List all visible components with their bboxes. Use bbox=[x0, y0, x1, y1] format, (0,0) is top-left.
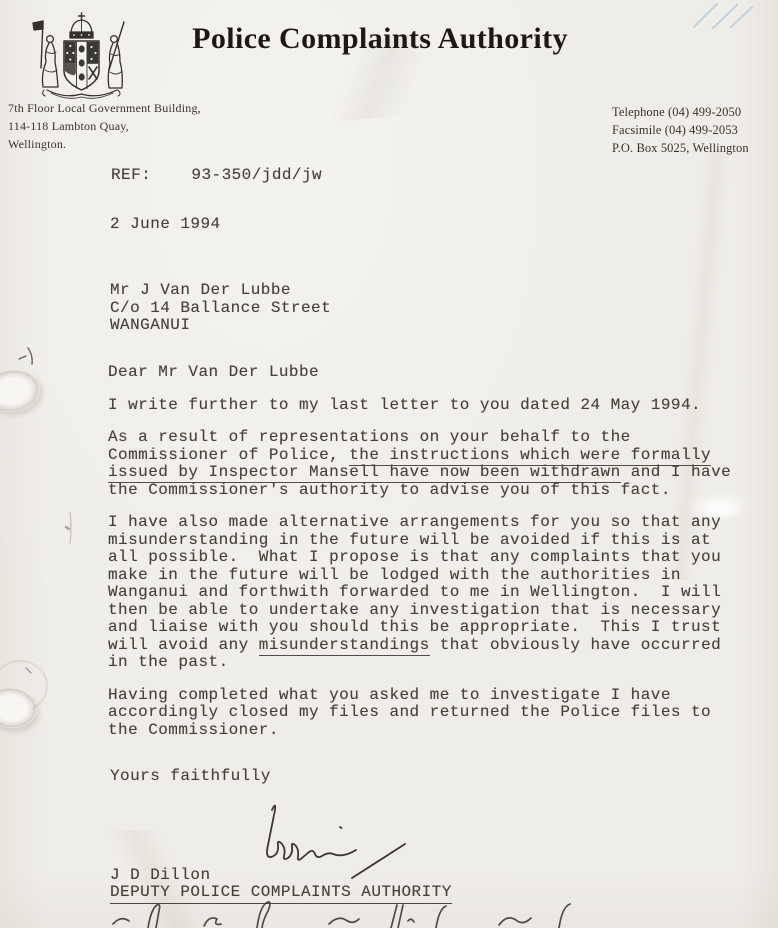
salutation: Dear Mr Van Der Lubbe bbox=[108, 364, 758, 382]
text-line: C/o 14 Ballance Street bbox=[110, 300, 331, 318]
paragraph: Having completed what you asked me to in… bbox=[108, 687, 758, 740]
underlined-text: misunderstandings bbox=[259, 636, 430, 656]
text-segment: Wanganui and forthwith forwarded to me i… bbox=[108, 583, 721, 601]
paragraph: As a result of representations on your b… bbox=[108, 429, 758, 499]
text-segment: and I have bbox=[621, 463, 732, 481]
punch-hole-top bbox=[0, 366, 43, 415]
contact-details: Telephone (04) 499-2050Facsimile (04) 49… bbox=[612, 103, 749, 157]
text-line: the Commissioner. bbox=[108, 722, 758, 740]
pencil-dash-mark bbox=[66, 512, 71, 543]
text-line: accordingly closed my files and returned… bbox=[108, 704, 758, 722]
blue-pencil-mark bbox=[694, 4, 752, 28]
signatory-title-text: DEPUTY POLICE COMPLAINTS AUTHORITY bbox=[110, 883, 452, 904]
closing-phrase: Yours faithfully bbox=[110, 768, 271, 786]
text-segment: all possible. What I propose is that any… bbox=[108, 548, 721, 566]
text-line: Facsimile (04) 499-2053 bbox=[612, 121, 749, 139]
nz-coat-of-arms-icon bbox=[25, 8, 140, 100]
text-segment: the Commissioner's authority to advise y… bbox=[108, 481, 671, 499]
text-line: the Commissioner's authority to advise y… bbox=[108, 482, 758, 500]
text-line: I have also made alternative arrangement… bbox=[108, 514, 758, 532]
text-segment: that obviously have occurred bbox=[430, 636, 722, 654]
text-segment: Commissioner of Police, bbox=[108, 446, 349, 464]
text-line: Mr J Van Der Lubbe bbox=[110, 282, 331, 300]
reference-number: REF: 93-350/jdd/jw bbox=[111, 167, 322, 185]
text-line: Wellington. bbox=[8, 135, 201, 153]
text-segment: accordingly closed my files and returned… bbox=[108, 703, 711, 721]
text-segment: and liaise with you should this be appro… bbox=[108, 618, 721, 636]
letter-body: I write further to my last letter to you… bbox=[108, 397, 758, 740]
text-segment: will avoid any bbox=[108, 636, 259, 654]
text-segment: make in the future will be lodged with t… bbox=[108, 566, 681, 584]
text-segment: I write further to my last letter to you… bbox=[108, 396, 701, 414]
text-line: Commissioner of Police, the instructions… bbox=[108, 447, 758, 465]
text-line: will avoid any misunderstandings that ob… bbox=[108, 637, 758, 655]
text-line: Having completed what you asked me to in… bbox=[108, 687, 758, 705]
text-line: 7th Floor Local Government Building, bbox=[8, 99, 201, 117]
text-line: all possible. What I propose is that any… bbox=[108, 549, 758, 567]
signature-scrawl-icon bbox=[267, 806, 405, 879]
paragraph: I have also made alternative arrangement… bbox=[108, 514, 758, 672]
text-line: As a result of representations on your b… bbox=[108, 429, 758, 447]
text-line: Telephone (04) 499-2050 bbox=[612, 103, 749, 121]
letter-date: 2 June 1994 bbox=[110, 216, 221, 234]
text-line: 114-118 Lambton Quay, bbox=[8, 117, 201, 135]
paragraph: I write further to my last letter to you… bbox=[108, 397, 758, 415]
page-title: Police Complaints Authority bbox=[140, 22, 620, 56]
text-line: then be able to undertake any investigat… bbox=[108, 602, 758, 620]
sender-address: 7th Floor Local Government Building,114-… bbox=[8, 99, 201, 153]
text-segment: I have also made alternative arrangement… bbox=[108, 513, 721, 531]
signatory-title: DEPUTY POLICE COMPLAINTS AUTHORITY bbox=[110, 884, 452, 902]
text-line: in the past. bbox=[108, 654, 758, 672]
text-segment: As a result of representations on your b… bbox=[108, 428, 631, 446]
text-line: I write further to my last letter to you… bbox=[108, 397, 758, 415]
text-line: make in the future will be lodged with t… bbox=[108, 567, 758, 585]
text-segment: then be able to undertake any investigat… bbox=[108, 601, 721, 619]
text-line: P.O. Box 5025, Wellington bbox=[612, 139, 749, 157]
text-line: WANGANUI bbox=[110, 317, 331, 335]
text-segment: the Commissioner. bbox=[108, 721, 279, 739]
text-segment: Having completed what you asked me to in… bbox=[108, 686, 671, 704]
text-segment: in the past. bbox=[108, 653, 229, 671]
scanned-letter-page: Police Complaints Authority 7th Floor Lo… bbox=[0, 0, 778, 928]
text-segment: misunderstanding in the future will be a… bbox=[108, 531, 711, 549]
text-line: Wanganui and forthwith forwarded to me i… bbox=[108, 584, 758, 602]
text-line: and liaise with you should this be appro… bbox=[108, 619, 758, 637]
text-line: issued by Inspector Mansell have now bee… bbox=[108, 464, 758, 482]
text-line: misunderstanding in the future will be a… bbox=[108, 532, 758, 550]
recipient-address: Mr J Van Der LubbeC/o 14 Ballance Street… bbox=[110, 282, 331, 335]
signatory-name: J D Dillon bbox=[110, 867, 211, 885]
